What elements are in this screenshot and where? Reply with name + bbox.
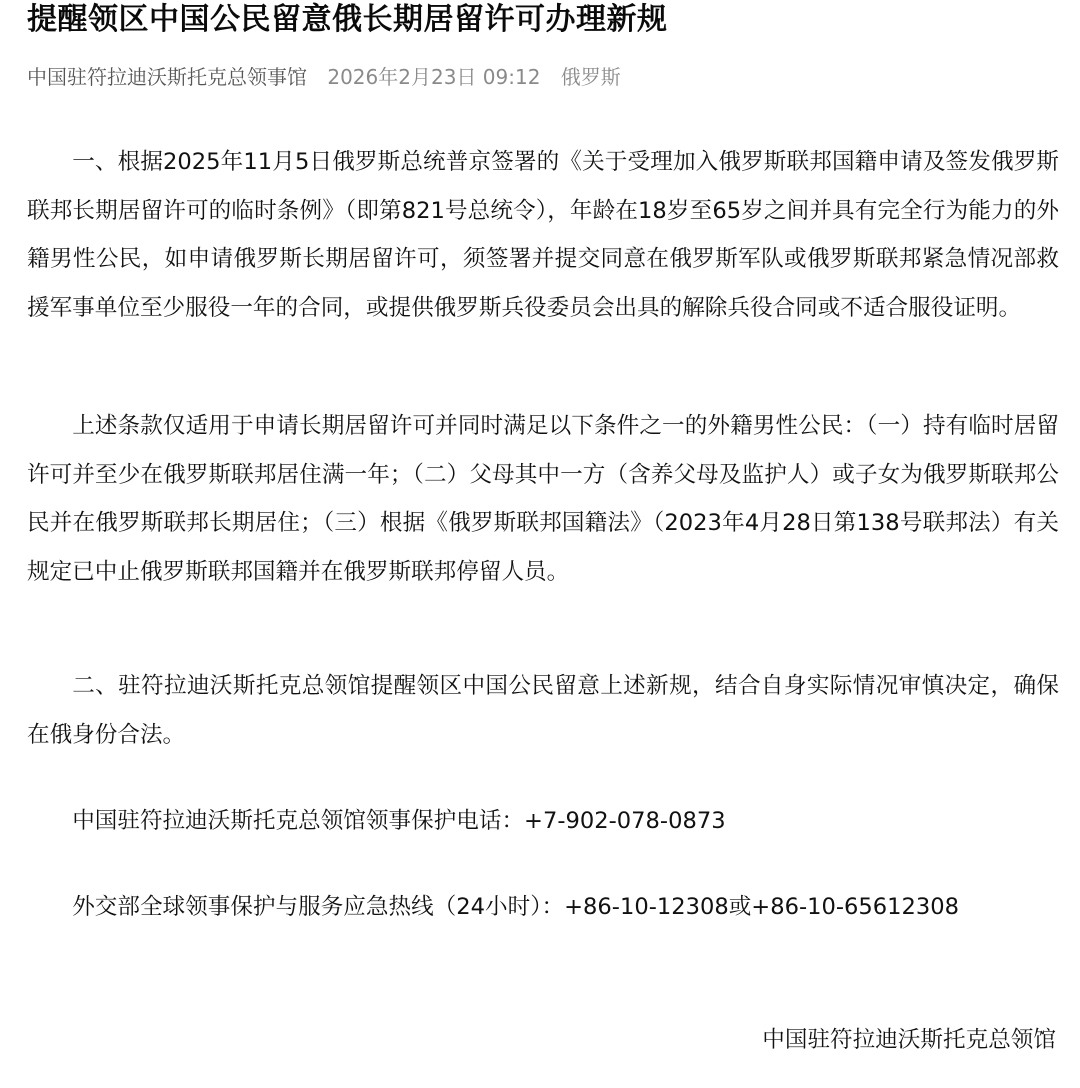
signature: 中国驻符拉迪沃斯托克总领馆	[762, 1018, 1056, 1062]
article-meta: 中国驻符拉迪沃斯托克总领事馆 2026年2月23日 09:12 俄罗斯	[27, 62, 635, 92]
publish-datetime: 2026年2月23日 09:12	[327, 65, 540, 89]
article-title: 提醒领区中国公民留意俄长期居留许可办理新规	[27, 0, 668, 40]
paragraph-2: 上述条款仅适用于申请长期居留许可并同时满足以下条件之一的外籍男性公民：（一）持有…	[27, 402, 1059, 596]
mfa-hotline: 外交部全球领事保护与服务应急热线（24小时）：+86-10-12308或+86-…	[27, 884, 1059, 931]
paragraph-3: 二、驻符拉迪沃斯托克总领馆提醒领区中国公民留意上述新规，结合自身实际情况审慎决定…	[27, 662, 1059, 759]
consulate-hotline: 中国驻符拉迪沃斯托克总领馆领事保护电话：+7-902-078-0873	[27, 798, 1059, 845]
article-source[interactable]: 中国驻符拉迪沃斯托克总领事馆	[27, 65, 307, 89]
paragraph-1: 一、根据2025年11月5日俄罗斯总统普京签署的《关于受理加入俄罗斯联邦国籍申请…	[27, 138, 1059, 332]
region-tag: 俄罗斯	[561, 65, 621, 89]
